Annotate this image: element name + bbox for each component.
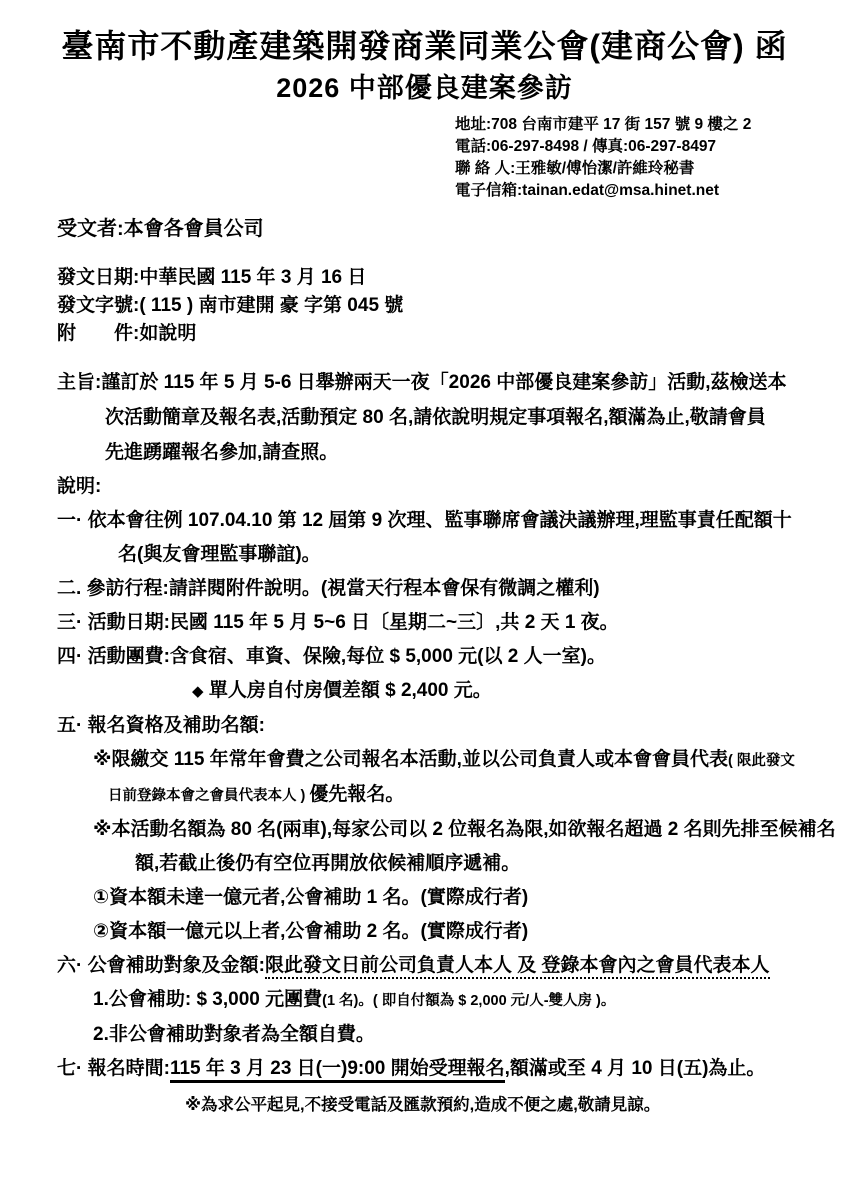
fairness-note-line: ※為求公平起見,不接受電話及匯款預約,造成不便之處,敬請見諒。: [0, 1088, 849, 1122]
item4-note-text: 單人房自付房價差額 $ 2,400 元。: [209, 680, 492, 701]
item5-tier-1: ①資本額未達一億元者,公會補助 1 名。(實際成行者): [0, 881, 849, 915]
explanation-heading: 說明:: [0, 470, 849, 504]
subject-line-3: 先進踴躍報名參加,請查照。: [0, 435, 849, 470]
item5-rule1-small-cont: 日前登錄本會之會員代表本人 ): [108, 788, 309, 804]
contact-address: 地址:708 台南市建平 17 街 157 號 9 樓之 2: [455, 114, 849, 136]
contact-phone-fax: 電話:06-297-8498 / 傳真:06-297-8497: [455, 136, 849, 158]
item7-registration-start: 115 年 3 月 23 日(一)9:00 開始受理報名: [170, 1058, 505, 1083]
item1-line-2: 名(與友會理監事聯誼)。: [0, 538, 849, 572]
item5-rule1-main: ※限繳交 115 年常年會費之公司報名本活動,並以公司負責人或本會會員代表: [93, 749, 728, 770]
item6-sub1-detail: (1 名)。( 即自付額為 $ 2,000 元/人-雙人房 )。: [322, 993, 615, 1009]
doc-number-line: 發文字號:( 115 ) 南市建開 豪 字第 045 號: [57, 292, 849, 320]
item5-rule1-emphasis: 優先報名。: [309, 784, 404, 805]
item4-line: 四· 活動團費:含食宿、車資、保險,每位 $ 5,000 元(以 2 人一室)。: [0, 640, 849, 674]
item6-sub1-line: 1.公會補助: $ 3,000 元團費(1 名)。( 即自付額為 $ 2,000…: [0, 983, 849, 1018]
item5-tier-2: ②資本額一億元以上者,公會補助 2 名。(實際成行者): [0, 915, 849, 949]
item6-heading: 六· 公會補助對象及金額:: [57, 955, 265, 976]
recipient-line: 受文者:本會各會員公司: [0, 216, 849, 242]
item7-suffix: ,額滿或至 4 月 10 日(五)為止。: [505, 1058, 766, 1079]
item5-rule1-small-tail: ( 限此發文: [728, 753, 795, 769]
diamond-bullet-icon: ◆: [192, 683, 204, 700]
contact-email: 電子信箱:tainan.edat@msa.hinet.net: [455, 180, 849, 202]
attachment-line: 附 件:如說明: [57, 320, 849, 348]
event-title: 2026 中部優良建案參訪: [0, 68, 849, 108]
item4-note-line: ◆ 單人房自付房價差額 $ 2,400 元。: [0, 674, 849, 709]
item5-rule1-line-1: ※限繳交 115 年常年會費之公司報名本活動,並以公司負責人或本會會員代表( 限…: [0, 743, 849, 778]
item5-heading: 五· 報名資格及補助名額:: [0, 709, 849, 743]
item6-heading-line: 六· 公會補助對象及金額:限此發文日前公司負責人本人 及 登錄本會內之會員代表本…: [0, 949, 849, 983]
item5-rule1-line-2: 日前登錄本會之會員代表本人 ) 優先報名。: [0, 778, 849, 813]
item6-sub1-main: 1.公會補助: $ 3,000 元團費: [93, 989, 322, 1010]
item6-sub2-line: 2.非公會補助對象者為全額自費。: [0, 1018, 849, 1052]
subject-block: 主旨:謹訂於 115 年 5 月 5-6 日舉辦兩天一夜「2026 中部優良建案…: [0, 365, 849, 470]
item1-line-1: 一· 依本會往例 107.04.10 第 12 屆第 9 次理、監事聯席會議決議…: [0, 504, 849, 538]
item5-rule2-line-1: ※本活動名額為 80 名(兩車),每家公司以 2 位報名為限,如欲報名超過 2 …: [0, 813, 849, 847]
subject-line-2: 次活動簡章及報名表,活動預定 80 名,請依說明規定事項報名,額滿為止,敬請會員: [0, 400, 849, 435]
item7-line: 七· 報名時間:115 年 3 月 23 日(一)9:00 開始受理報名,額滿或…: [0, 1052, 849, 1086]
item2-line: 二. 參訪行程:請詳閱附件說明。(視當天行程本會保有微調之權利): [0, 572, 849, 606]
explanation-block: 說明: 一· 依本會往例 107.04.10 第 12 屆第 9 次理、監事聯席…: [0, 470, 849, 1122]
doc-meta-block: 發文日期:中華民國 115 年 3 月 16 日 發文字號:( 115 ) 南市…: [0, 264, 849, 348]
issue-date-line: 發文日期:中華民國 115 年 3 月 16 日: [57, 264, 849, 292]
item6-underlined-scope: 限此發文日前公司負責人本人 及 登錄本會內之會員代表本人: [265, 955, 770, 979]
item7-prefix: 七· 報名時間:: [57, 1058, 170, 1079]
contact-liaison: 聯 絡 人:王雅敏/傅怡潔/許維玲秘書: [455, 158, 849, 180]
subject-line-1: 主旨:謹訂於 115 年 5 月 5-6 日舉辦兩天一夜「2026 中部優良建案…: [0, 365, 849, 400]
official-letter-page: 臺南市不動產建築開發商業同業公會(建商公會) 函 2026 中部優良建案參訪 地…: [0, 0, 849, 1200]
org-title: 臺南市不動產建築開發商業同業公會(建商公會) 函: [0, 24, 849, 68]
item5-rule2-line-2: 額,若截止後仍有空位再開放依候補順序遞補。: [0, 847, 849, 881]
contact-block: 地址:708 台南市建平 17 街 157 號 9 樓之 2 電話:06-297…: [455, 114, 849, 202]
item3-line: 三· 活動日期:民國 115 年 5 月 5~6 日〔星期二~三〕,共 2 天 …: [0, 606, 849, 640]
